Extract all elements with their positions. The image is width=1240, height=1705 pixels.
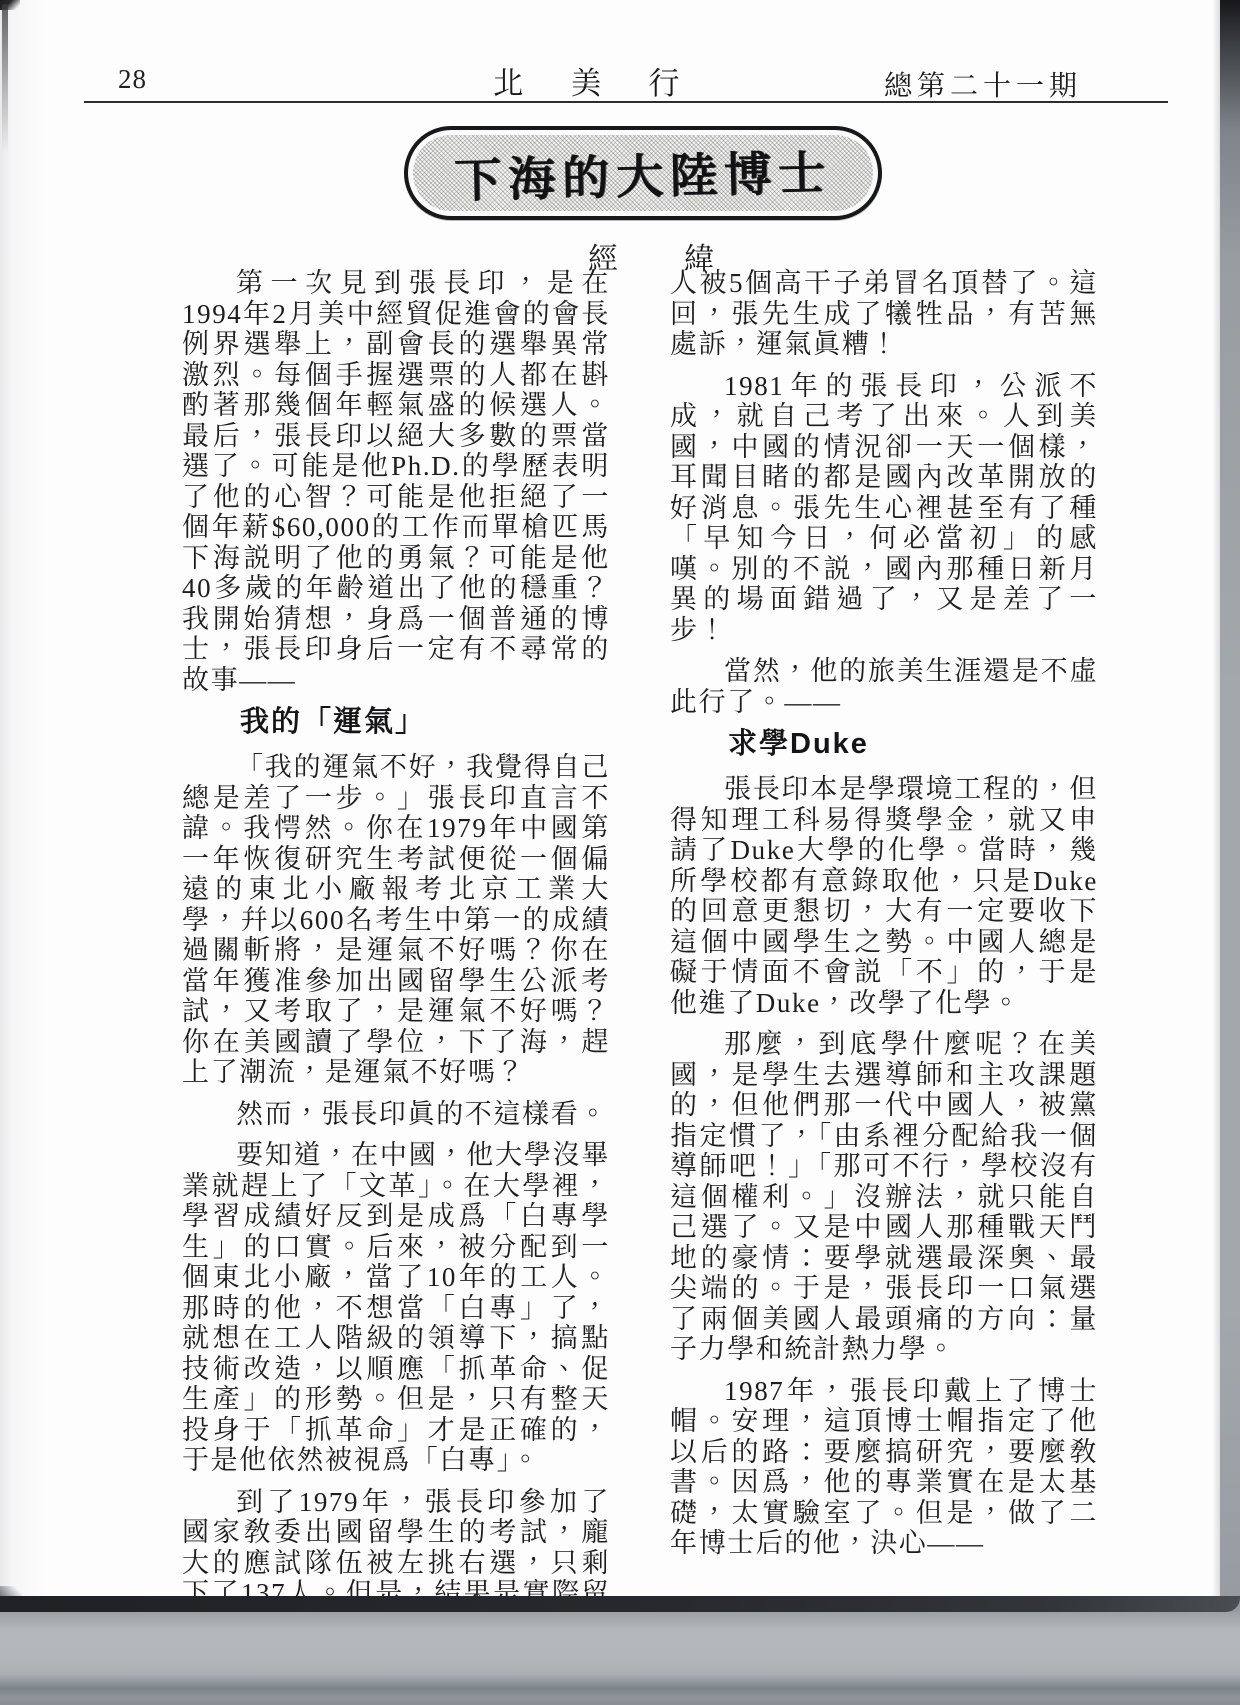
section-heading-duke: 求學Duke — [670, 728, 1098, 760]
title-badge: 下海的大陸博士 — [404, 126, 882, 220]
paragraph: 「我的運氣不好，我覺得自己總是差了一步。」張長印直言不諱。我愕然。你在1979年… — [182, 752, 610, 1088]
paragraph: 1981年的張長印，公派不成，就自己考了出來。人到美國，中國的情況卻一天一個樣，… — [670, 371, 1098, 646]
right-edge-shadow — [1220, 0, 1240, 1705]
paragraph: 那麼，到底學什麼呢？在美國，是學生去選導師和主攻課題的，但他們那一代中國人，被黨… — [670, 1029, 1098, 1365]
paragraph: 1987年，張長印戴上了博士帽。安理，這頂博士帽指定了他以后的路：要麼搞研究，要… — [670, 1376, 1098, 1559]
scanner-bed-bottom — [0, 1612, 1240, 1705]
scanned-magazine-page: 28 北 美 行 總第二十一期 下海的大陸博士 經 緯 第一次見到張長印，是在1… — [0, 0, 1240, 1705]
paragraph-continuation: 人被5個高干子弟冒名頂替了。這回，張先生成了犧牲品，有苦無處訴，運氣眞糟！ — [670, 268, 1098, 360]
header-rule — [84, 101, 1168, 103]
section-heading-my-luck: 我的「運氣」 — [182, 706, 610, 738]
paragraph-lead: 第一次見到張長印，是在1994年2月美中經貿促進會的會長例界選舉上，副會長的選舉… — [182, 268, 610, 695]
issue-label: 總第二十一期 — [884, 64, 1082, 104]
paragraph: 然而，張長印眞的不這樣看。 — [182, 1099, 610, 1130]
paragraph: 張長印本是學環境工程的，但得知理工科易得獎學金，就又申請了Duke大學的化學。當… — [670, 774, 1098, 1018]
article-title: 下海的大陸博士 — [453, 136, 832, 211]
column-left: 第一次見到張長印，是在1994年2月美中經貿促進會的會長例界選舉上，副會長的選舉… — [182, 268, 610, 1650]
paragraph: 要知道，在中國，他大學沒畢業就趕上了「文革」。在大學裡，學習成績好反到是成爲「白… — [182, 1140, 610, 1476]
left-edge-sliver — [2, 4, 8, 154]
paragraph: 當然，他的旅美生涯還是不虛此行了。—— — [670, 656, 1098, 717]
column-right: 人被5個高干子弟冒名頂替了。這回，張先生成了犧牲品，有苦無處訴，運氣眞糟！ 19… — [670, 268, 1098, 1570]
page-bottom-edge-shadow — [0, 1596, 1240, 1612]
